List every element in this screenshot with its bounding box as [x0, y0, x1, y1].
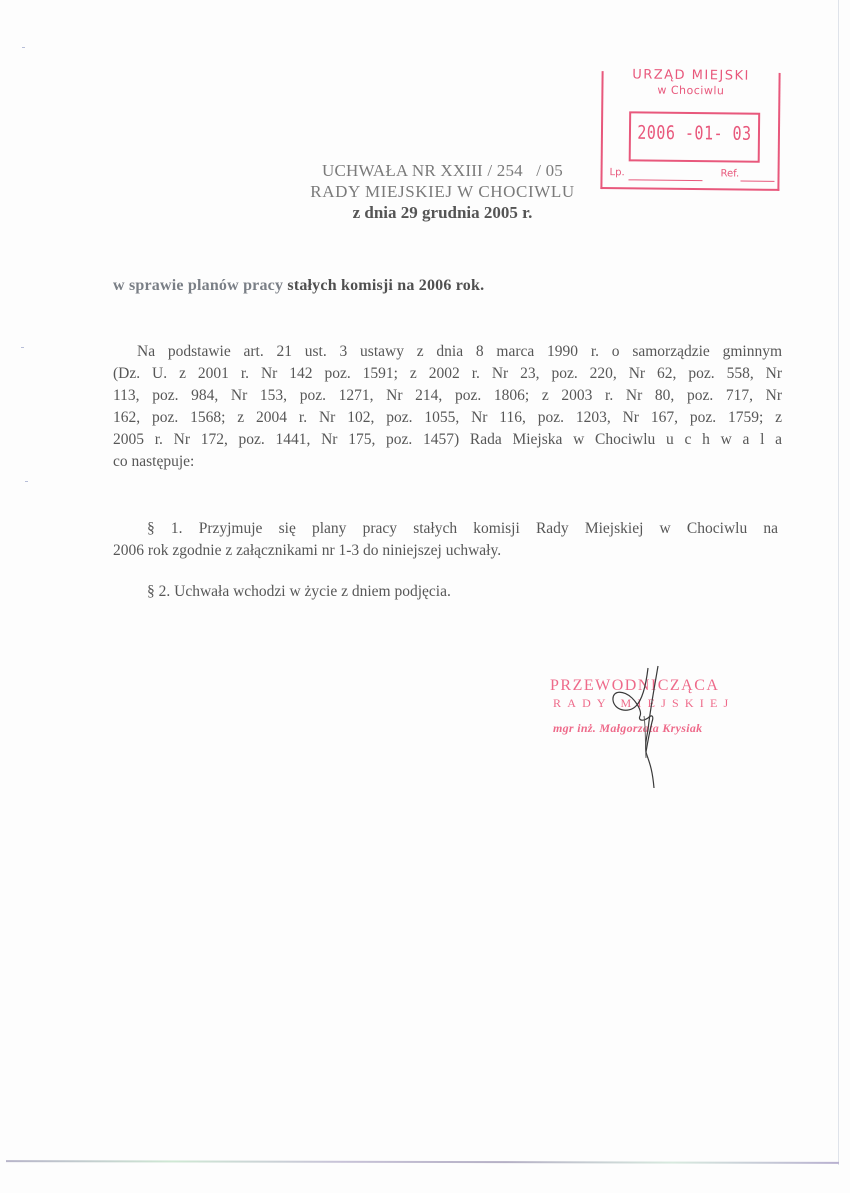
section-1: § 1. Przyjmuje się plany pracy stałych k…: [113, 518, 778, 562]
resolution-number: UCHWAŁA NR XXIII / 254 / 05: [270, 160, 615, 181]
registry-stamp: URZĄD MIEJSKI w Chociwlu 2006 -01- 03 Lp…: [600, 71, 780, 191]
stamp-date-box: 2006 -01- 03: [629, 111, 761, 162]
handwritten-signature-icon: [610, 660, 670, 790]
paragraph-line: 162, poz. 1568; z 2004 r. Nr 102, poz. 1…: [113, 407, 782, 429]
subject-lead: w sprawie planów pracy: [113, 277, 283, 294]
subject-tail: stałych komisji na 2006 rok.: [283, 277, 484, 294]
scan-speck: [22, 47, 25, 48]
stamp-office-location: w Chociwlu: [603, 83, 778, 98]
paragraph-line: 113, poz. 984, Nr 153, poz. 1271, Nr 214…: [113, 385, 782, 407]
paragraph-line: Na podstawie art. 21 ust. 3 ustawy z dni…: [113, 341, 782, 363]
scan-speck: [25, 481, 28, 482]
stamp-date: 2006 -01- 03: [631, 121, 758, 145]
section-1-line: 2006 rok zgodnie z załącznikami nr 1-3 d…: [113, 540, 778, 562]
scanned-document-page: URZĄD MIEJSKI w Chociwlu 2006 -01- 03 Lp…: [0, 0, 850, 1193]
section-1-line: § 1. Przyjmuje się plany pracy stałych k…: [113, 518, 778, 540]
stamp-lp-line: [628, 179, 702, 181]
stamp-ref-line: [740, 181, 774, 182]
paragraph-line: (Dz. U. z 2001 r. Nr 142 poz. 1591; z 20…: [113, 363, 782, 385]
stamp-office-name: URZĄD MIEJSKI: [604, 67, 779, 84]
page-edge-right: [838, 0, 839, 1165]
legal-basis-paragraph: Na podstawie art. 21 ust. 3 ustawy z dni…: [113, 341, 782, 473]
stamp-ref-label: Ref.: [720, 168, 739, 179]
page-edge-bottom: [6, 1160, 839, 1164]
section-2: § 2. Uchwała wchodzi w życie z dniem pod…: [147, 581, 451, 603]
resolution-issuer: RADY MIEJSKIEJ W CHOCIWLU: [270, 181, 615, 202]
paragraph-line: co następuje:: [113, 451, 782, 473]
paragraph-line: 2005 r. Nr 172, poz. 1441, Nr 175, poz. …: [113, 429, 782, 451]
resolution-subject: w sprawie planów pracy stałych komisji n…: [113, 277, 484, 295]
scan-speck: [21, 347, 24, 348]
resolution-date: z dnia 29 grudnia 2005 r.: [270, 202, 615, 223]
resolution-header: UCHWAŁA NR XXIII / 254 / 05 RADY MIEJSKI…: [270, 160, 615, 223]
